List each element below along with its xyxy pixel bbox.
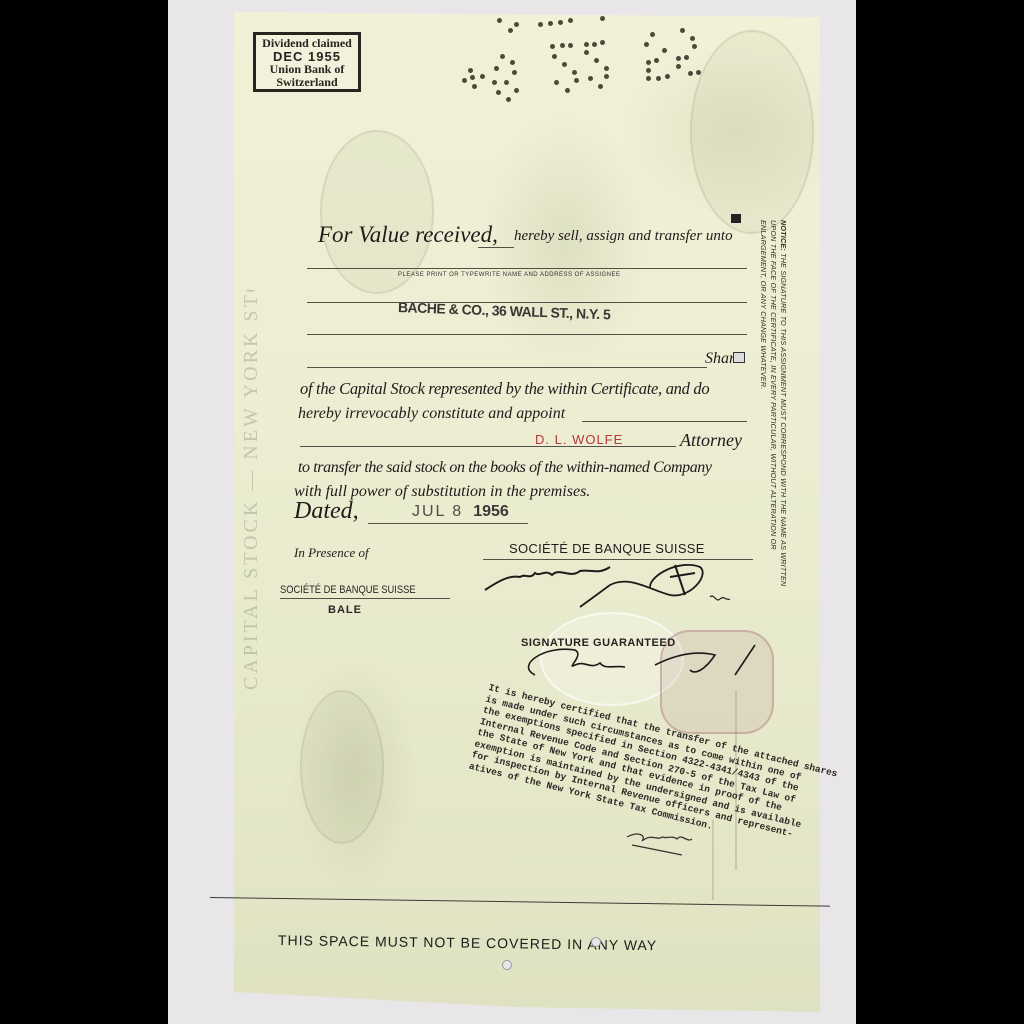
perforation-hole [502,960,512,970]
in-presence-of-text: In Presence of [294,545,369,561]
hereby-sell-text: hereby sell, assign and transfer unto [514,228,733,245]
handwritten-signature-2 [505,625,765,685]
corner-tab-marker [731,214,741,223]
notice-text: NOTICE: THE SIGNATURE TO THIS ASSIGNMENT… [758,220,788,610]
assignor-bank-name: SOCIÉTÉ DE BANQUE SUISSE [509,541,705,556]
witness-signature-line [280,598,450,599]
appoint-line [582,421,747,422]
assignee-line-2 [307,302,747,303]
assignee-field-label: PLEASE PRINT OR TYPEWRITE NAME AND ADDRE… [398,272,621,278]
shares-line [307,367,707,368]
dated-word: Dated, [294,498,359,525]
show-through-vignette-bottom [300,690,384,844]
date-year: 1956 [473,503,509,520]
appoint-text: hereby irrevocably constitute and appoin… [298,405,565,423]
date-line [368,523,528,524]
for-value-blank-line [478,247,514,248]
cancellation-perforations [440,10,720,130]
perforation-hole [591,937,601,947]
date-month-day: JUL 8 [412,503,463,520]
corner-tab-marker [733,352,745,363]
witness-city: BALE [328,604,362,616]
tax-certificate-signature [622,825,702,865]
notice-body: THE SIGNATURE TO THIS ASSIGNMENT MUST CO… [759,220,788,586]
date-stamp: JUL 81956 [412,503,509,521]
transfer-text: to transfer the said stock on the books … [298,459,712,477]
show-through-vignette-top [320,130,434,294]
handwritten-signature-1 [480,555,760,615]
signature-notice: NOTICE: THE SIGNATURE TO THIS ASSIGNMENT… [758,220,818,610]
stamp-line: Switzerland [256,76,358,89]
notice-lead: NOTICE: [779,220,788,251]
attorney-word: Attorney [680,430,742,451]
dividend-claimed-stamp: Dividend claimed DEC 1955 Union Bank of … [253,32,361,92]
assignee-line-3 [307,334,747,335]
witness-bank-name: SOCIÉTÉ DE BANQUE SUISSE [280,584,416,596]
attorney-name-stamp: D. L. WOLFE [535,432,623,447]
capital-stock-text: of the Capital Stock represented by the … [300,379,709,399]
show-through-side-text: CAPITAL STOCK — NEW YORK STOCK EXCHANGE [240,290,280,690]
for-value-received-text: For Value received, [318,222,498,248]
assignee-line-1 [307,268,747,269]
